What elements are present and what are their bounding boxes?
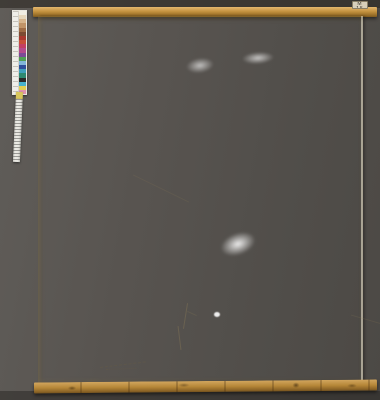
paper-crease xyxy=(351,315,380,331)
paper-stain xyxy=(185,56,215,75)
chart-paper-verso xyxy=(38,16,363,384)
paper-crease xyxy=(187,311,197,316)
paper-crease xyxy=(178,326,182,350)
catalog-label: M 15 xyxy=(352,1,368,9)
paper-stain xyxy=(242,51,275,65)
color-calibration-target xyxy=(12,10,27,95)
ruler-graduations xyxy=(13,99,23,162)
photo-of-chart-verso: { "scene": { "type": "photograph", "subj… xyxy=(0,0,380,400)
pencil-scribble xyxy=(100,358,151,374)
paper-crease xyxy=(183,303,188,329)
calibration-patches xyxy=(19,11,26,94)
paper-stain xyxy=(217,228,258,261)
paper-crease xyxy=(133,174,189,202)
ruler-strip xyxy=(12,92,24,164)
paper-speck xyxy=(214,312,220,317)
